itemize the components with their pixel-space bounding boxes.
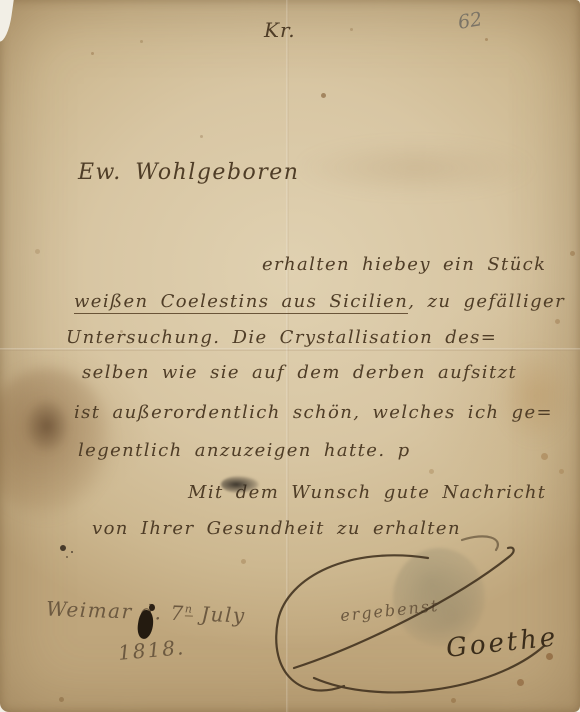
dateline-month: July xyxy=(193,602,246,628)
ink-blot-satellite xyxy=(149,604,155,611)
body-line-6: legentlich anzuzeigen hatte. p xyxy=(78,440,411,461)
body-line-3: Untersuchung. Die Crystallisation des= xyxy=(66,327,497,348)
body-line-5: ist außerordentlich schön, welches ich g… xyxy=(74,402,553,423)
underlined-specimen-name: weißen Coelestins aus Sicilien xyxy=(74,291,408,314)
dateline-place-day: Weimar d. 7 xyxy=(46,597,185,626)
top-abbreviation-note: Kr. xyxy=(264,18,296,42)
body-line-4: selben wie sie auf dem derben aufsitzt xyxy=(82,362,517,383)
pencil-number-note: 62 xyxy=(456,8,483,34)
body-line-1: erhalten hiebey ein Stück xyxy=(262,254,546,275)
body-line-2: weißen Coelestins aus Sicilien, zu gefäl… xyxy=(74,291,565,312)
salutation: Ew. Wohlgeboren xyxy=(78,160,299,185)
body-line-2-rest: , zu gefälliger xyxy=(408,291,565,312)
ink-smudge xyxy=(221,476,259,493)
ink-speck-cluster xyxy=(60,545,66,551)
closing-line-2: von Ihrer Gesundheit zu erhalten xyxy=(92,518,461,539)
letter-scan: Kr. 62 Ew. Wohlgeboren erhalten hiebey e… xyxy=(0,0,580,712)
